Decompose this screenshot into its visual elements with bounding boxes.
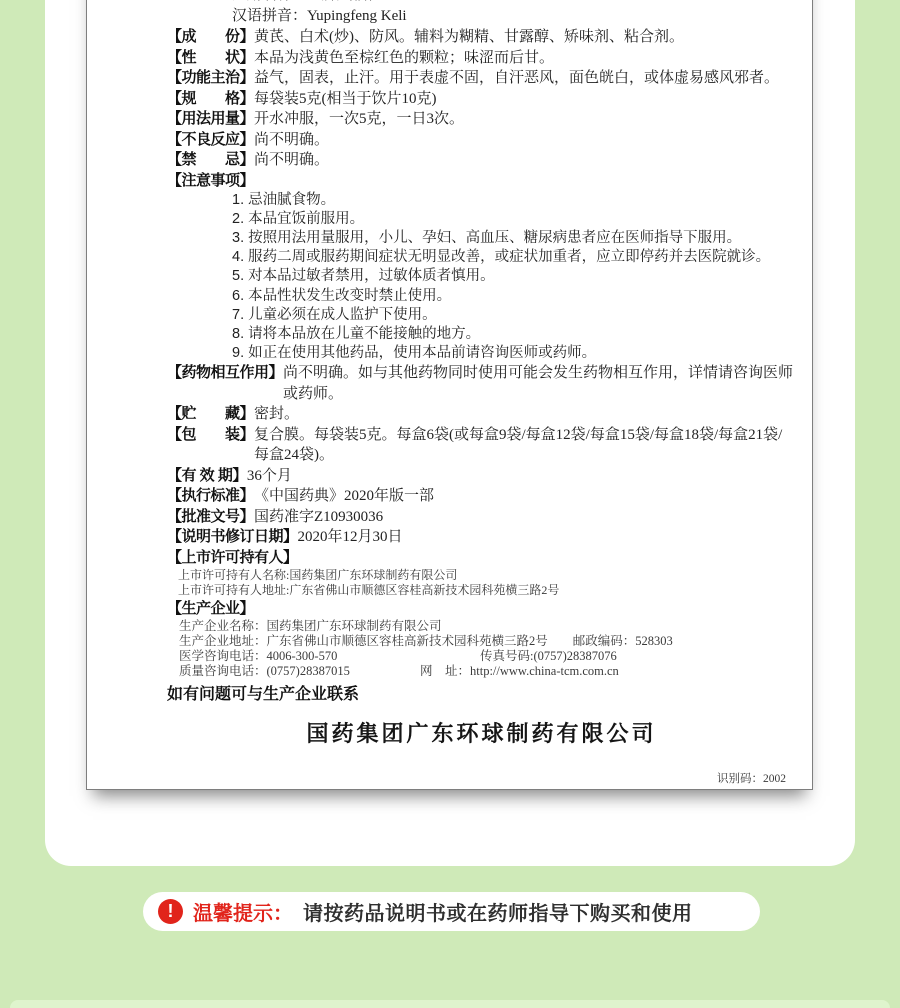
field-label: 【有 效 期】 <box>167 466 247 487</box>
company-name: 国药集团广东环球制药有限公司 <box>167 717 796 748</box>
field-value: 尚不明确。 <box>254 130 796 151</box>
exclamation-icon: ! <box>158 899 183 924</box>
license-holder-label: 【上市许可持有人】 <box>167 548 796 568</box>
content-card: 通用名称：玉屏风颗粒 汉语拼音：Yupingfeng Keli 【成 份】 黄芪… <box>45 0 855 866</box>
page-background: { "page": { "background_color": "#cfeab8… <box>0 0 900 1008</box>
field-row-drug-interaction: 【药物相互作用】 尚不明确。如与其他药物同时使用可能会发生药物相互作用，详情请咨… <box>167 363 796 404</box>
manufacturer-quality-web-row: 质量咨询电话：(0757)28387015 网 址：http://www.chi… <box>167 664 796 679</box>
precaution-item: 6. 本品性状发生改变时禁止使用。 <box>167 287 796 306</box>
field-row-description: 【性 状】 本品为浅黄色至棕红色的颗粒；味涩而后甘。 <box>167 48 796 69</box>
license-holder-name: 上市许可持有人名称:国药集团广东环球制药有限公司 <box>167 568 796 584</box>
field-row-indications: 【功能主治】 益气，固表，止汗。用于表虚不固，自汗恶风，面色㿠白，或体虚易感风邪… <box>167 68 796 89</box>
field-label: 【不良反应】 <box>167 130 254 151</box>
manufacturer-phone-fax-row: 医学咨询电话：4006-300-570 传真号码:(0757)28387076 <box>167 649 796 664</box>
field-row-specification: 【规 格】 每袋装5克(相当于饮片10克) <box>167 89 796 110</box>
field-value: 《中国药典》2020年版一部 <box>254 486 796 507</box>
medical-phone: 医学咨询电话：4006-300-570 <box>179 649 480 664</box>
field-label: 【说明书修订日期】 <box>167 527 298 548</box>
manufacturer-label: 【生产企业】 <box>167 599 796 619</box>
field-row-contraindications: 【禁 忌】 尚不明确。 <box>167 150 796 171</box>
field-label: 【性 状】 <box>167 48 254 69</box>
field-value: 尚不明确。如与其他药物同时使用可能会发生药物相互作用，详情请咨询医师或药师。 <box>283 363 796 404</box>
field-label: 【禁 忌】 <box>167 150 254 171</box>
field-row-shelf-life: 【有 效 期】 36个月 <box>167 466 796 487</box>
field-value: 尚不明确。 <box>254 150 796 171</box>
precaution-item: 1. 忌油腻食物。 <box>167 191 796 210</box>
precautions-label: 【注意事项】 <box>167 171 796 191</box>
field-label: 【成 份】 <box>167 27 254 48</box>
field-row-revision-date: 【说明书修订日期】 2020年12月30日 <box>167 527 796 548</box>
field-label: 【批准文号】 <box>167 507 254 528</box>
pinyin-line: 汉语拼音：Yupingfeng Keli <box>167 6 796 27</box>
field-value: 36个月 <box>247 466 796 487</box>
manufacturer-address: 生产企业地址：广东省佛山市顺德区容桂高新技术园科苑横三路2号 邮政编码：5283… <box>167 634 796 649</box>
precaution-item: 4. 服药二周或服药期间症状无明显改善，或症状加重者，应立即停药并去医院就诊。 <box>167 248 796 267</box>
field-row-dosage: 【用法用量】 开水冲服，一次5克，一日3次。 <box>167 109 796 130</box>
field-label: 【药物相互作用】 <box>167 363 283 404</box>
field-value: 益气，固表，止汗。用于表虚不固，自汗恶风，面色㿠白，或体虚易感风邪者。 <box>254 68 796 89</box>
precaution-item: 7. 儿童必须在成人监护下使用。 <box>167 306 796 325</box>
field-value: 黄芪、白术(炒)、防风。辅料为糊精、甘露醇、矫味剂、粘合剂。 <box>254 27 796 48</box>
reminder-banner: ! 温馨提示： 请按药品说明书或在药师指导下购买和使用 <box>143 892 760 931</box>
field-row-ingredients: 【成 份】 黄芪、白术(炒)、防风。辅料为糊精、甘露醇、矫味剂、粘合剂。 <box>167 27 796 48</box>
field-row-standard: 【执行标准】 《中国药典》2020年版一部 <box>167 486 796 507</box>
precaution-item: 2. 本品宜饭前服用。 <box>167 210 796 229</box>
field-value: 2020年12月30日 <box>298 527 796 548</box>
quality-phone: 质量咨询电话：(0757)28387015 <box>179 664 420 679</box>
field-label: 【执行标准】 <box>167 486 254 507</box>
field-value: 复合膜。每袋装5克。每盒6袋(或每盒9袋/每盒12袋/每盒15袋/每盒18袋/每… <box>254 425 796 466</box>
field-value: 国药准字Z10930036 <box>254 507 796 528</box>
field-label: 【功能主治】 <box>167 68 254 89</box>
license-holder-address: 上市许可持有人地址:广东省佛山市顺德区容桂高新技术园科苑横三路2号 <box>167 583 796 599</box>
reminder-text: 请按药品说明书或在药师指导下购买和使用 <box>303 897 693 926</box>
id-code: 识别码：2002 <box>167 770 796 786</box>
website: 网 址：http://www.china-tcm.com.cn <box>420 664 619 679</box>
field-value: 本品为浅黄色至棕红色的颗粒；味涩而后甘。 <box>254 48 796 69</box>
drug-instruction-sheet: 通用名称：玉屏风颗粒 汉语拼音：Yupingfeng Keli 【成 份】 黄芪… <box>86 0 813 790</box>
field-row-approval-number: 【批准文号】 国药准字Z10930036 <box>167 507 796 528</box>
precaution-item: 9. 如正在使用其他药品，使用本品前请咨询医师或药师。 <box>167 344 796 363</box>
reminder-title: 温馨提示： <box>193 897 293 926</box>
field-label: 【包 装】 <box>167 425 254 466</box>
field-label: 【用法用量】 <box>167 109 254 130</box>
field-value: 密封。 <box>254 404 796 425</box>
field-value: 每袋装5克(相当于饮片10克) <box>254 89 796 110</box>
field-label: 【贮 藏】 <box>167 404 254 425</box>
field-value: 开水冲服，一次5克，一日3次。 <box>254 109 796 130</box>
fax-number: 传真号码:(0757)28387076 <box>480 649 617 664</box>
precaution-item: 8. 请将本品放在儿童不能接触的地方。 <box>167 325 796 344</box>
manufacturer-name: 生产企业名称：国药集团广东环球制药有限公司 <box>167 619 796 634</box>
field-row-packaging: 【包 装】 复合膜。每袋装5克。每盒6袋(或每盒9袋/每盒12袋/每盒15袋/每… <box>167 425 796 466</box>
field-row-storage: 【贮 藏】 密封。 <box>167 404 796 425</box>
precaution-item: 3. 按照用法用量服用，小儿、孕妇、高血压、糖尿病患者应在医师指导下服用。 <box>167 229 796 248</box>
precaution-item: 5. 对本品过敏者禁用，过敏体质者慎用。 <box>167 267 796 286</box>
contact-note: 如有问题可与生产企业联系 <box>167 685 796 705</box>
field-row-adverse-reactions: 【不良反应】 尚不明确。 <box>167 130 796 151</box>
next-section-edge <box>10 1000 890 1008</box>
field-label: 【规 格】 <box>167 89 254 110</box>
